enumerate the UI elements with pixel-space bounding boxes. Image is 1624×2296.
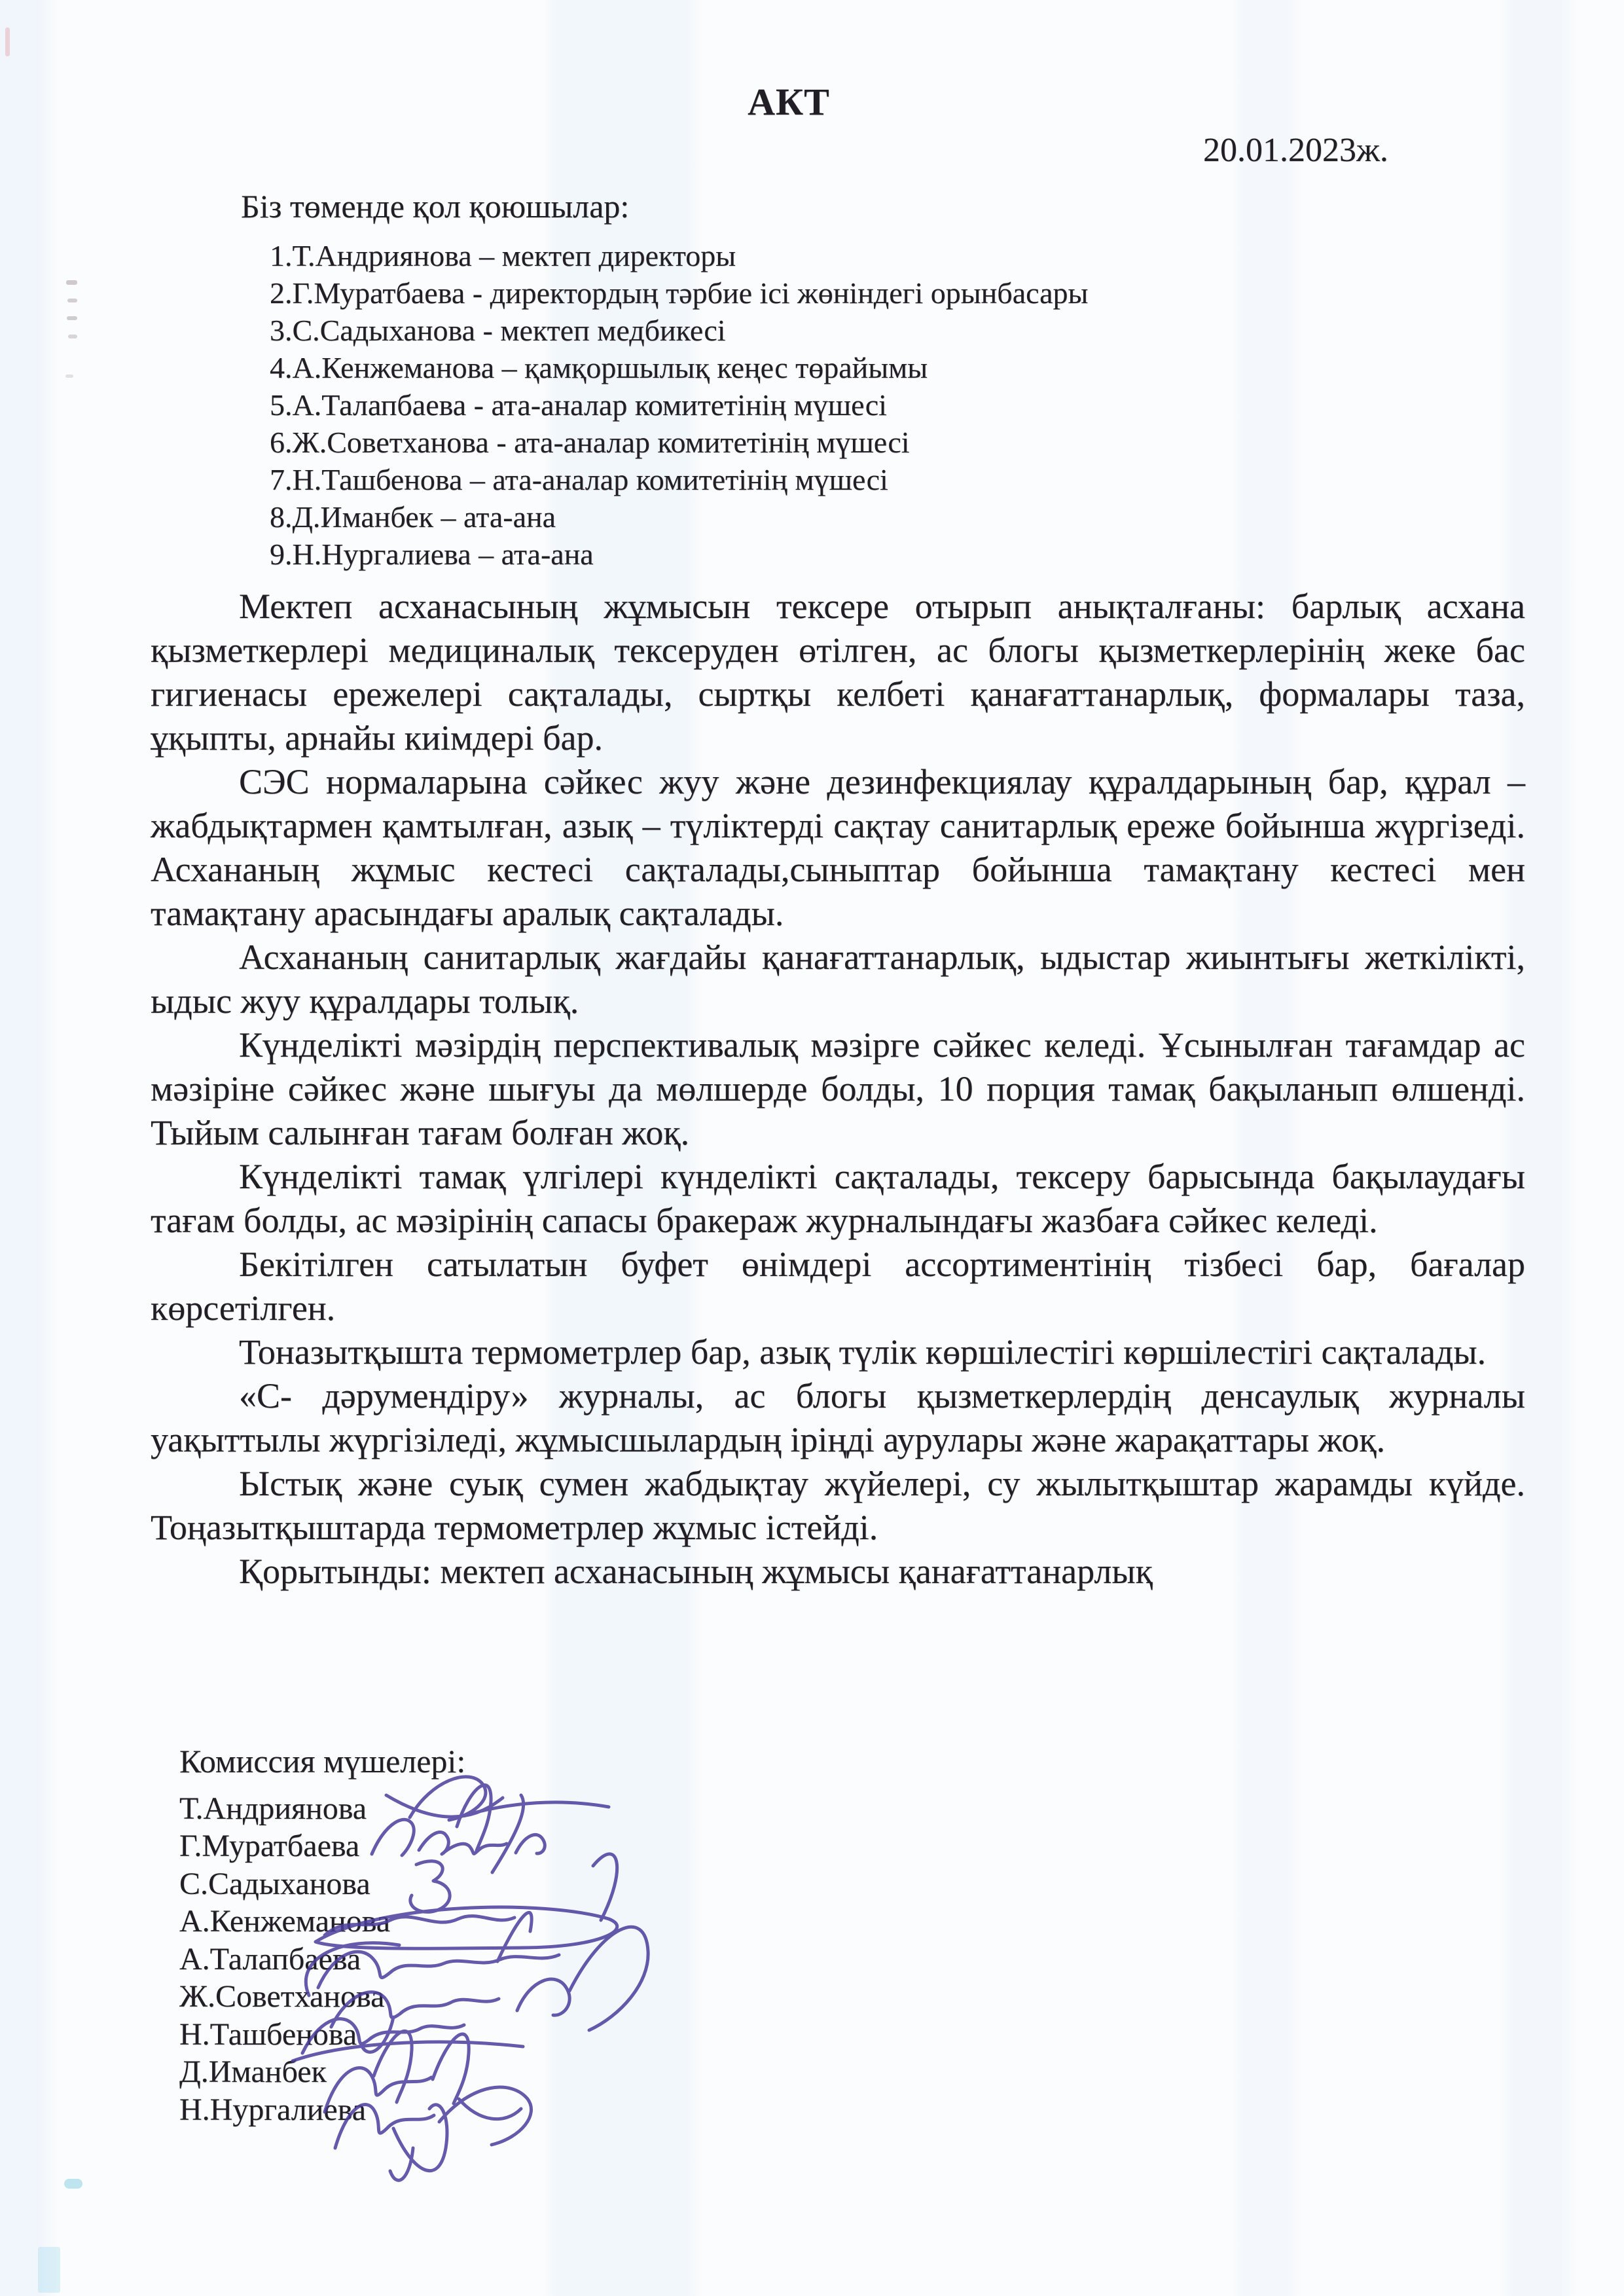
signatory-item: 2.Г.Муратбаева - директордың тәрбие ісі … — [270, 274, 1088, 312]
signatory-item: 3.С.Садыханова - мектеп медбикесі — [270, 312, 1088, 349]
commission-member: Т.Андриянова — [179, 1790, 465, 1828]
scan-artifact — [65, 374, 73, 378]
signatory-item: 1.Т.Андриянова – мектеп директоры — [270, 237, 1088, 274]
commission-heading: Комиссия мүшелері: — [179, 1743, 465, 1781]
report-paragraph: Тоназытқышта термометрлер бар, азық түлі… — [151, 1330, 1525, 1374]
commission-member: Н.Нургалиева — [179, 2091, 465, 2129]
signatories-list: 1.Т.Андриянова – мектеп директоры 2.Г.Му… — [270, 237, 1088, 573]
scan-artifact — [67, 299, 77, 302]
report-paragraph: Бекітілген сатылатын буфет өнімдері ассо… — [151, 1243, 1525, 1330]
commission-member: С.Садыханова — [179, 1865, 465, 1903]
report-body: Мектеп асханасының жұмысын тексере отыры… — [151, 585, 1525, 1594]
signatory-item: 9.Н.Нургалиева – ата-ана — [270, 536, 1088, 573]
signatory-item: 4.А.Кенжеманова – қамқоршылық кеңес төра… — [270, 349, 1088, 386]
intro-heading: Біз төменде қол қоюшылар: — [241, 187, 629, 225]
report-paragraph: Күнделікті тамақ үлгілері күнделікті сақ… — [151, 1155, 1525, 1243]
commission-member: Ж.Советханова — [179, 1978, 465, 2016]
scan-artifact — [66, 280, 77, 285]
scan-artifact — [68, 335, 77, 338]
report-paragraph: Қорытынды: мектеп асханасының жұмысы қан… — [151, 1550, 1525, 1594]
report-paragraph: Мектеп асханасының жұмысын тексере отыры… — [151, 585, 1525, 760]
scan-artifact — [5, 27, 10, 56]
report-paragraph: Ыстық және суық сумен жабдықтау жүйелері… — [151, 1462, 1525, 1550]
signatory-item: 8.Д.Иманбек – ата-ана — [270, 498, 1088, 536]
commission-member: Д.Иманбек — [179, 2053, 465, 2091]
page-title: АКТ — [0, 80, 1578, 124]
document-page: АКТ 20.01.2023ж. Біз төменде қол қоюшыла… — [0, 0, 1624, 2296]
signatory-item: 5.А.Талапбаева - ата-аналар комитетінің … — [270, 386, 1088, 424]
scan-artifact — [67, 316, 77, 320]
scan-artifact — [38, 2247, 60, 2293]
commission-section: Комиссия мүшелері: Т.Андриянова Г.Муратб… — [179, 1743, 465, 2128]
signatory-item: 7.Н.Ташбенова – ата-аналар комитетінің м… — [270, 461, 1088, 498]
report-paragraph: Асхананың санитарлық жағдайы қанағаттана… — [151, 936, 1525, 1023]
commission-member: А.Кенжеманова — [179, 1903, 465, 1941]
report-paragraph: «С- дәрумендіру» журналы, ас блогы қызме… — [151, 1374, 1525, 1462]
signatory-item: 6.Ж.Советханова - ата-аналар комитетінің… — [270, 424, 1088, 461]
commission-member: Н.Ташбенова — [179, 2016, 465, 2054]
scan-artifact — [64, 2179, 82, 2189]
report-paragraph: СЭС нормаларына сәйкес жуу және дезинфек… — [151, 760, 1525, 936]
document-date: 20.01.2023ж. — [1203, 131, 1388, 170]
commission-member: Г.Муратбаева — [179, 1827, 465, 1865]
commission-member: А.Талапбаева — [179, 1941, 465, 1978]
report-paragraph: Күнделікті мәзірдің перспективалық мәзір… — [151, 1023, 1525, 1155]
